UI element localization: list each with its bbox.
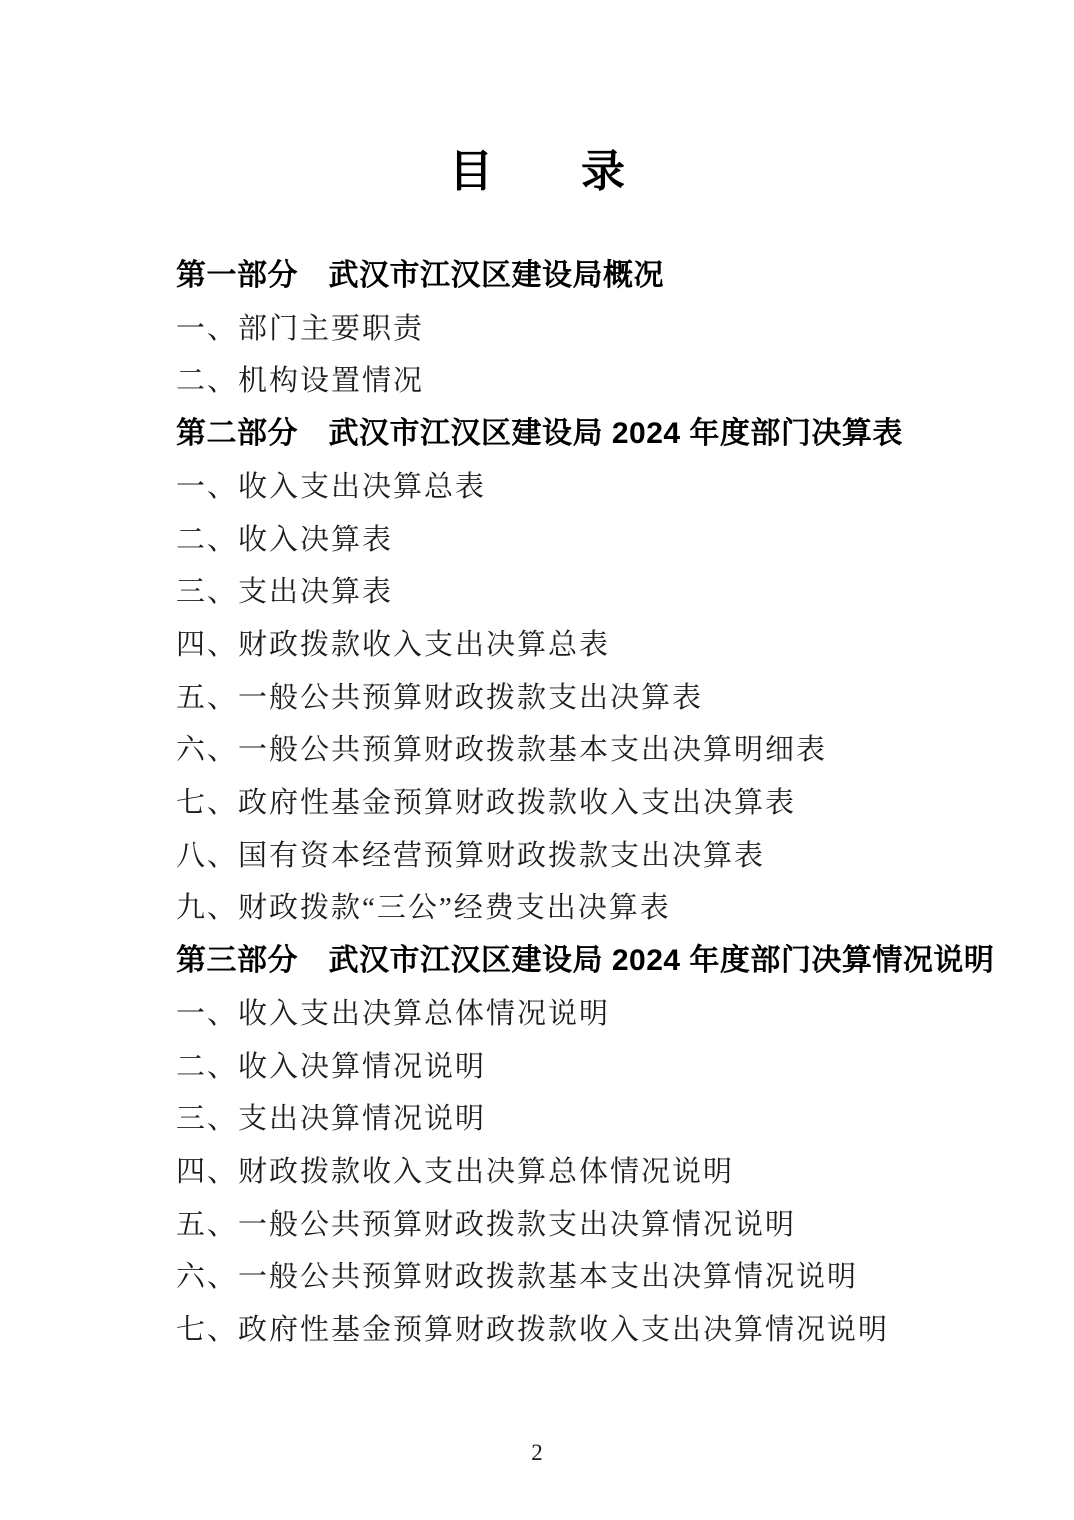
table-of-contents: 第一部分 武汉市江汉区建设局概况一、部门主要职责二、机构设置情况第二部分 武汉市… [176,250,984,1357]
toc-item: 二、机构设置情况 [176,355,984,408]
toc-item: 五、一般公共预算财政拨款支出决算情况说明 [176,1199,984,1252]
toc-item: 六、一般公共预算财政拨款基本支出决算情况说明 [176,1251,984,1304]
toc-item: 七、政府性基金预算财政拨款收入支出决算情况说明 [176,1304,984,1357]
toc-item: 二、收入决算情况说明 [176,1041,984,1094]
toc-item: 九、财政拨款“三公”经费支出决算表 [176,882,984,935]
toc-item: 三、支出决算情况说明 [176,1093,984,1146]
toc-item: 二、收入决算表 [176,514,984,567]
page-number: 2 [0,1441,1074,1464]
toc-item: 八、国有资本经营预算财政拨款支出决算表 [176,830,984,883]
document-page: 目 录 第一部分 武汉市江汉区建设局概况一、部门主要职责二、机构设置情况第二部分… [0,0,1074,1520]
toc-item: 四、财政拨款收入支出决算总表 [176,619,984,672]
toc-item: 一、收入支出决算总体情况说明 [176,988,984,1041]
toc-item: 一、部门主要职责 [176,303,984,356]
toc-section-heading: 第三部分 武汉市江汉区建设局 2024 年度部门决算情况说明 [176,935,984,988]
toc-item: 六、一般公共预算财政拨款基本支出决算明细表 [176,724,984,777]
toc-item: 七、政府性基金预算财政拨款收入支出决算表 [176,777,984,830]
toc-item: 三、支出决算表 [176,566,984,619]
toc-item: 四、财政拨款收入支出决算总体情况说明 [176,1146,984,1199]
page-title: 目 录 [0,0,1074,194]
toc-item: 一、收入支出决算总表 [176,461,984,514]
toc-section-heading: 第二部分 武汉市江汉区建设局 2024 年度部门决算表 [176,408,984,461]
toc-item: 五、一般公共预算财政拨款支出决算表 [176,672,984,725]
toc-section-heading: 第一部分 武汉市江汉区建设局概况 [176,250,984,303]
